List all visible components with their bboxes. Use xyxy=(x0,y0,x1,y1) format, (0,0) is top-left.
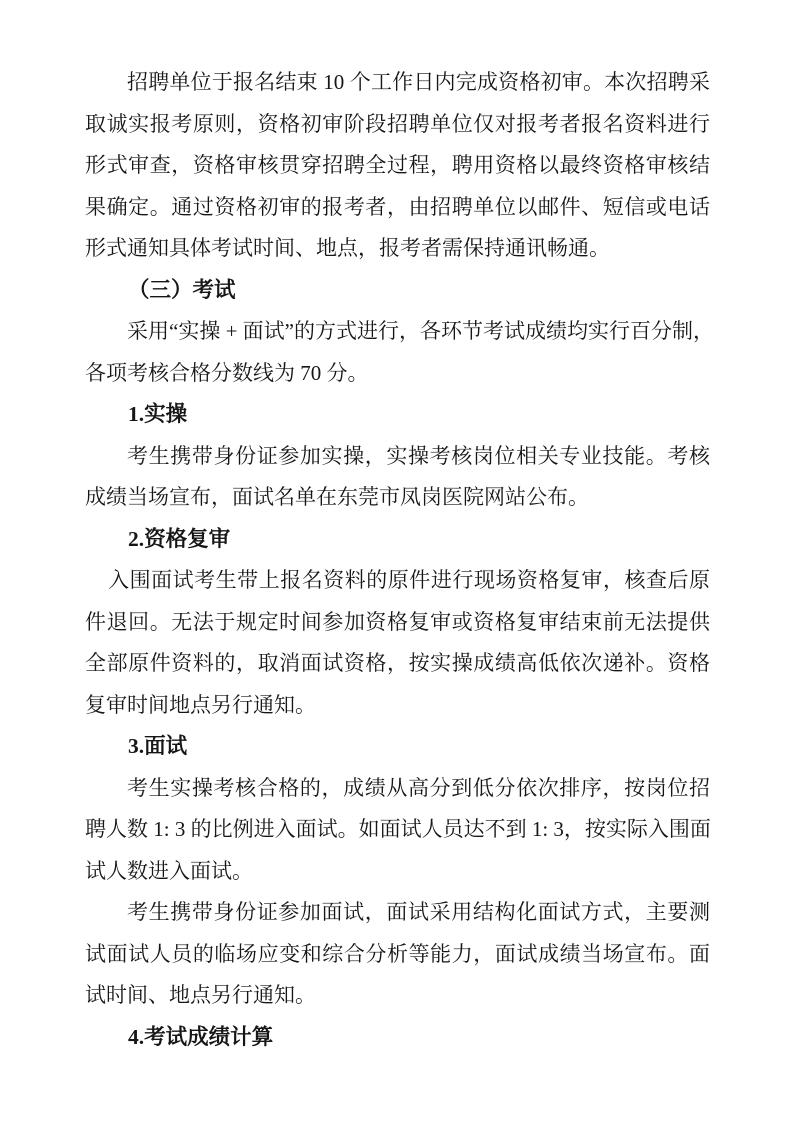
heading-3-interview: 3.面试 xyxy=(85,726,710,768)
paragraph-line: 试时间、地点另行通知。 xyxy=(85,975,710,1017)
paragraph-line: 试面试人员的临场应变和综合分析等能力，面试成绩当场宣布。面 xyxy=(85,934,710,976)
heading-section-3-exam: （三）考试 xyxy=(85,270,710,312)
paragraph-line: 入围面试考生带上报名资料的原件进行现场资格复审，核查后原 xyxy=(85,560,710,602)
heading-4-score-calculation: 4.考试成绩计算 xyxy=(85,1017,710,1059)
heading-2-qualification-recheck: 2.资格复审 xyxy=(85,519,710,561)
document-page: 招聘单位于报名结束 10 个工作日内完成资格初审。本次招聘采 取诚实报考原则，资… xyxy=(0,0,793,1122)
paragraph-line: 考生携带身份证参加实操，实操考核岗位相关专业技能。考核 xyxy=(85,436,710,478)
paragraph-line: 采用“实操 + 面试”的方式进行，各环节考试成绩均实行百分制， xyxy=(85,311,710,353)
paragraph-line: 聘人数 1: 3 的比例进入面试。如面试人员达不到 1: 3，按实际入围面 xyxy=(85,809,710,851)
heading-1-practical: 1.实操 xyxy=(85,394,710,436)
paragraph-line: 果确定。通过资格初审的报考者，由招聘单位以邮件、短信或电话 xyxy=(85,187,710,229)
paragraph-line: 形式通知具体考试时间、地点，报考者需保持通讯畅通。 xyxy=(85,228,710,270)
paragraph-line: 各项考核合格分数线为 70 分。 xyxy=(85,353,710,395)
paragraph-line: 考生实操考核合格的，成绩从高分到低分依次排序，按岗位招 xyxy=(85,768,710,810)
paragraph-line: 试人数进入面试。 xyxy=(85,851,710,893)
paragraph-line: 考生携带身份证参加面试，面试采用结构化面试方式，主要测 xyxy=(85,892,710,934)
paragraph-line: 招聘单位于报名结束 10 个工作日内完成资格初审。本次招聘采 xyxy=(85,62,710,104)
paragraph-line: 形式审查，资格审核贯穿招聘全过程，聘用资格以最终资格审核结 xyxy=(85,145,710,187)
paragraph-line: 件退回。无法于规定时间参加资格复审或资格复审结束前无法提供 xyxy=(85,602,710,644)
paragraph-line: 复审时间地点另行通知。 xyxy=(85,685,710,727)
paragraph-line: 全部原件资料的，取消面试资格，按实操成绩高低依次递补。资格 xyxy=(85,643,710,685)
paragraph-line: 取诚实报考原则，资格初审阶段招聘单位仅对报考者报名资料进行 xyxy=(85,104,710,146)
paragraph-line: 成绩当场宣布，面试名单在东莞市凤岗医院网站公布。 xyxy=(85,477,710,519)
